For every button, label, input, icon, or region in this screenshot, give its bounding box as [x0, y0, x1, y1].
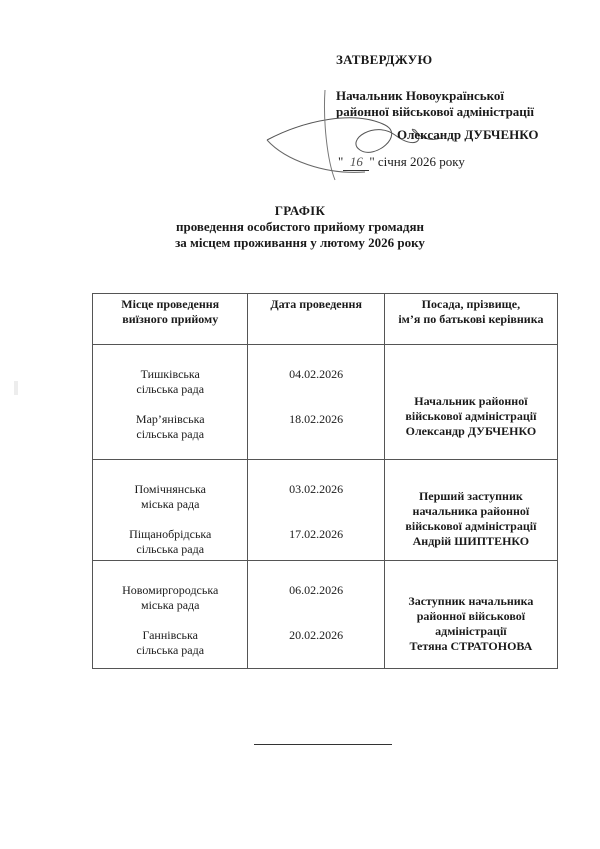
approval-title: ЗАТВЕРДЖУЮ	[336, 52, 432, 68]
official-cell: Перший заступникначальника районноївійсь…	[384, 460, 557, 561]
document-subtitle-line1: проведення особистого прийому громадян	[0, 219, 600, 235]
table-row: Тишківськасільська радаМар’янівськасільс…	[93, 345, 558, 460]
place-cell: Новомиргородськаміська радаГаннівськасіл…	[93, 561, 248, 669]
official-line: адміністрації	[385, 624, 557, 639]
place-name: Піщанобрідськасільська рада	[93, 527, 247, 557]
header-place-line1: Місце проведення	[93, 297, 247, 312]
place-line2: міська рада	[93, 497, 247, 512]
official-line: Олександр ДУБЧЕНКО	[385, 424, 557, 439]
document-title: ГРАФІК	[0, 203, 600, 219]
place-name: Ганнівськасільська рада	[93, 628, 247, 658]
place-name: Помічнянськаміська рада	[93, 482, 247, 512]
approval-date: "16" січня 2026 року	[338, 154, 465, 171]
visit-date: 20.02.2026	[248, 628, 383, 643]
place-line2: сільська рада	[93, 643, 247, 658]
document-title-block: ГРАФІК проведення особистого прийому гро…	[0, 203, 600, 251]
approval-name: Олександр ДУБЧЕНКО	[397, 127, 538, 143]
header-place: Місце проведення виїзного прийому	[93, 294, 248, 345]
schedule-table: Місце проведення виїзного прийому Дата п…	[92, 293, 558, 669]
table-header-row: Місце проведення виїзного прийому Дата п…	[93, 294, 558, 345]
official-line: Андрій ШИПТЕНКО	[385, 534, 557, 549]
official-line: військової адміністрації	[385, 519, 557, 534]
official-line: Заступник начальника	[385, 594, 557, 609]
place-name: Мар’янівськасільська рада	[93, 412, 247, 442]
place-name: Новомиргородськаміська рада	[93, 583, 247, 613]
official-cell: Начальник районноївійськової адміністрац…	[384, 345, 557, 460]
header-official-line1: Посада, прізвище,	[385, 297, 557, 312]
official-line: районної військової	[385, 609, 557, 624]
official-cell: Заступник начальникарайонної військовоїа…	[384, 561, 557, 669]
official-line: Начальник районної	[385, 394, 557, 409]
header-official: Посада, прізвище, ім’я по батькові керів…	[384, 294, 557, 345]
place-line2: сільська рада	[93, 382, 247, 397]
place-line1: Тишківська	[93, 367, 247, 382]
end-line	[254, 744, 392, 745]
header-place-line2: виїзного прийому	[93, 312, 247, 327]
header-date-line1: Дата проведення	[248, 297, 383, 312]
place-line2: міська рада	[93, 598, 247, 613]
visit-date: 03.02.2026	[248, 482, 383, 497]
date-cell: 03.02.202617.02.2026	[248, 460, 384, 561]
place-cell: Помічнянськаміська радаПіщанобрідськасіл…	[93, 460, 248, 561]
place-line2: сільська рада	[93, 427, 247, 442]
visit-date: 06.02.2026	[248, 583, 383, 598]
place-line1: Мар’янівська	[93, 412, 247, 427]
official-line: військової адміністрації	[385, 409, 557, 424]
place-line2: сільська рада	[93, 542, 247, 557]
place-line1: Новомиргородська	[93, 583, 247, 598]
visit-date: 17.02.2026	[248, 527, 383, 542]
place-line1: Помічнянська	[93, 482, 247, 497]
place-name: Тишківськасільська рада	[93, 367, 247, 397]
visit-date: 04.02.2026	[248, 367, 383, 382]
approval-date-suffix: " січня 2026 року	[369, 154, 465, 169]
scan-smudge	[14, 381, 18, 395]
visit-date: 18.02.2026	[248, 412, 383, 427]
document-subtitle-line2: за місцем проживання у лютому 2026 року	[0, 235, 600, 251]
place-line1: Ганнівська	[93, 628, 247, 643]
place-cell: Тишківськасільська радаМар’янівськасільс…	[93, 345, 248, 460]
place-line1: Піщанобрідська	[93, 527, 247, 542]
official-line: начальника районної	[385, 504, 557, 519]
header-official-line2: ім’я по батькові керівника	[385, 312, 557, 327]
table-row: Помічнянськаміська радаПіщанобрідськасіл…	[93, 460, 558, 561]
official-line: Тетяна СТРАТОНОВА	[385, 639, 557, 654]
approval-date-day: 16	[343, 154, 369, 171]
official-line: Перший заступник	[385, 489, 557, 504]
header-date: Дата проведення	[248, 294, 384, 345]
date-cell: 06.02.202620.02.2026	[248, 561, 384, 669]
table-row: Новомиргородськаміська радаГаннівськасіл…	[93, 561, 558, 669]
date-cell: 04.02.202618.02.2026	[248, 345, 384, 460]
